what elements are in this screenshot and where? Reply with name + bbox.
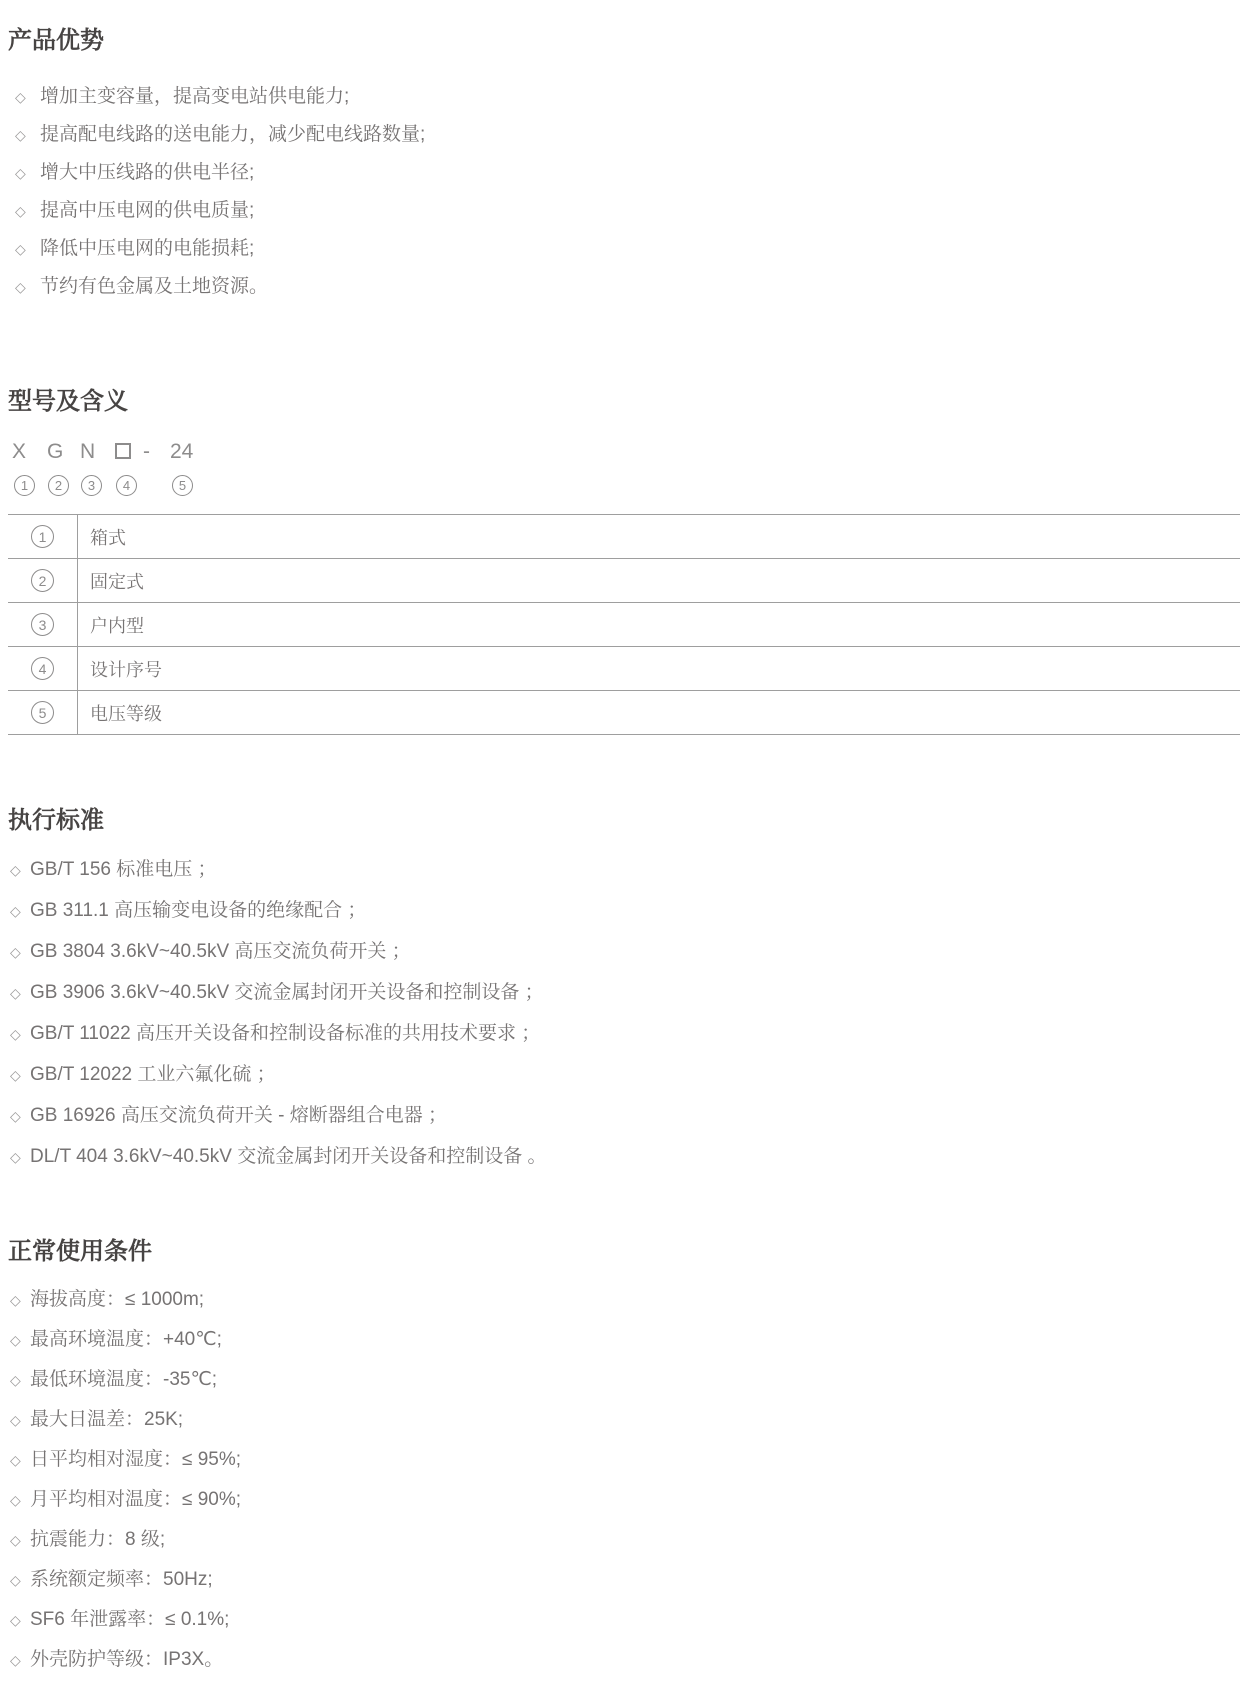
diamond-bullet-icon: ◇ (15, 200, 26, 222)
advantage-item-text: 节约有色金属及土地资源。 (40, 276, 268, 298)
standard-item: ◇ GB 16926 高压交流负荷开关 - 熔断器组合电器 ； (8, 1095, 1240, 1136)
standard-item-text: GB 3804 3.6kV~40.5kV 高压交流负荷开关 ； (30, 941, 411, 963)
model-code-placeholder-box-icon (115, 439, 131, 466)
condition-item-text: 最低环境温度：-35℃; (30, 1369, 217, 1391)
condition-item: ◇ SF6 年泄露率：≤ 0.1%; (8, 1600, 1240, 1640)
standard-item: ◇ GB 311.1 高压输变电设备的绝缘配合 ； (8, 890, 1240, 931)
table-row: 5 电压等级 (8, 691, 1240, 735)
diamond-bullet-icon: ◇ (15, 124, 26, 146)
model-code-row: X G N - 24 (8, 439, 1240, 465)
condition-item: ◇ 系统额定频率：50Hz; (8, 1560, 1240, 1600)
diamond-bullet-icon: ◇ (10, 1146, 21, 1168)
circled-number-icon: 3 (81, 475, 102, 496)
condition-item-text: 外壳防护等级：IP3X。 (30, 1649, 223, 1671)
diamond-bullet-icon: ◇ (10, 859, 21, 881)
condition-item-text: 海拔高度：≤ 1000m; (30, 1289, 204, 1311)
advantage-item: ◇ 增大中压线路的供电半径; (8, 154, 1240, 192)
circled-number-icon: 4 (31, 657, 54, 680)
standard-item: ◇ GB 3804 3.6kV~40.5kV 高压交流负荷开关 ； (8, 931, 1240, 972)
condition-item: ◇ 月平均相对温度：≤ 90%; (8, 1480, 1240, 1520)
condition-item-text: 最大日温差：25K; (30, 1409, 183, 1431)
table-cell-number: 3 (8, 603, 78, 646)
advantages-list: ◇ 增加主变容量，提高变电站供电能力; ◇ 提高配电线路的送电能力，减少配电线路… (8, 78, 1240, 306)
condition-item: ◇ 最高环境温度：+40℃; (8, 1320, 1240, 1360)
diamond-bullet-icon: ◇ (10, 900, 21, 922)
table-cell-number: 5 (8, 691, 78, 734)
conditions-list: ◇ 海拔高度：≤ 1000m; ◇ 最高环境温度：+40℃; ◇ 最低环境温度：… (8, 1280, 1240, 1680)
advantage-item-text: 增加主变容量，提高变电站供电能力; (40, 86, 349, 108)
condition-item-text: SF6 年泄露率：≤ 0.1%; (30, 1609, 229, 1631)
model-marker-row: 1 2 3 4 5 (8, 475, 1240, 499)
condition-item-text: 最高环境温度：+40℃; (30, 1329, 222, 1351)
advantage-item-text: 降低中压电网的电能损耗; (40, 238, 254, 260)
model-code-letter: N (80, 439, 95, 465)
condition-item: ◇ 日平均相对湿度：≤ 95%; (8, 1440, 1240, 1480)
advantage-item: ◇ 降低中压电网的电能损耗; (8, 230, 1240, 268)
advantage-item: ◇ 增加主变容量，提高变电站供电能力; (8, 78, 1240, 116)
standard-item-text: GB 311.1 高压输变电设备的绝缘配合 ； (30, 900, 366, 922)
circled-number-icon: 4 (116, 475, 137, 496)
standard-item-text: GB 3906 3.6kV~40.5kV 交流金属封闭开关设备和控制设备 ； (30, 982, 544, 1004)
section-title-model: 型号及含义 (8, 387, 1240, 417)
diamond-bullet-icon: ◇ (15, 238, 26, 260)
condition-item: ◇ 最低环境温度：-35℃; (8, 1360, 1240, 1400)
model-code-dash: - (143, 439, 150, 465)
diamond-bullet-icon: ◇ (10, 1609, 21, 1631)
table-cell-number: 4 (8, 647, 78, 690)
diamond-bullet-icon: ◇ (10, 1489, 21, 1511)
standards-list: ◇ GB/T 156 标准电压 ； ◇ GB 311.1 高压输变电设备的绝缘配… (8, 849, 1240, 1177)
diamond-bullet-icon: ◇ (10, 1023, 21, 1045)
table-cell-number: 1 (8, 515, 78, 558)
advantage-item-text: 提高配电线路的送电能力，减少配电线路数量; (40, 124, 425, 146)
model-meaning-table: 1 箱式 2 固定式 3 户内型 4 设计序号 5 电压等级 (8, 514, 1240, 735)
diamond-bullet-icon: ◇ (10, 1105, 21, 1127)
table-row: 3 户内型 (8, 603, 1240, 647)
diamond-bullet-icon: ◇ (10, 1369, 21, 1391)
condition-item-text: 月平均相对温度：≤ 90%; (30, 1489, 241, 1511)
standard-item: ◇ GB/T 12022 工业六氟化硫 ； (8, 1054, 1240, 1095)
model-code-number: 24 (170, 439, 193, 465)
diamond-bullet-icon: ◇ (10, 1449, 21, 1471)
standard-item: ◇ DL/T 404 3.6kV~40.5kV 交流金属封闭开关设备和控制设备 … (8, 1136, 1240, 1177)
section-title-advantages: 产品优势 (8, 26, 1240, 56)
diamond-bullet-icon: ◇ (10, 941, 21, 963)
circled-number-icon: 5 (172, 475, 193, 496)
table-cell-desc: 户内型 (78, 603, 144, 646)
advantage-item-text: 增大中压线路的供电半径; (40, 162, 254, 184)
table-row: 4 设计序号 (8, 647, 1240, 691)
diamond-bullet-icon: ◇ (10, 1289, 21, 1311)
standard-item: ◇ GB 3906 3.6kV~40.5kV 交流金属封闭开关设备和控制设备 ； (8, 972, 1240, 1013)
model-code-letter: X (12, 439, 26, 465)
table-row: 2 固定式 (8, 559, 1240, 603)
circled-number-icon: 2 (48, 475, 69, 496)
standard-item-text: GB 16926 高压交流负荷开关 - 熔断器组合电器 ； (30, 1105, 447, 1127)
diamond-bullet-icon: ◇ (10, 1064, 21, 1086)
condition-item-text: 系统额定频率：50Hz; (30, 1569, 213, 1591)
diamond-bullet-icon: ◇ (15, 86, 26, 108)
condition-item-text: 抗震能力：8 级; (30, 1529, 165, 1551)
diamond-bullet-icon: ◇ (15, 162, 26, 184)
standard-item-text: GB/T 12022 工业六氟化硫 ； (30, 1064, 276, 1086)
circled-number-icon: 1 (31, 525, 54, 548)
advantage-item-text: 提高中压电网的供电质量; (40, 200, 254, 222)
section-title-conditions: 正常使用条件 (8, 1237, 1240, 1267)
circled-number-icon: 2 (31, 569, 54, 592)
circled-number-icon: 3 (31, 613, 54, 636)
diamond-bullet-icon: ◇ (10, 1569, 21, 1591)
table-cell-desc: 固定式 (78, 559, 144, 602)
condition-item: ◇ 抗震能力：8 级; (8, 1520, 1240, 1560)
standard-item-text: GB/T 156 标准电压 ； (30, 859, 217, 881)
standard-item: ◇ GB/T 11022 高压开关设备和控制设备标准的共用技术要求 ； (8, 1013, 1240, 1054)
advantage-item: ◇ 提高配电线路的送电能力，减少配电线路数量; (8, 116, 1240, 154)
table-row: 1 箱式 (8, 515, 1240, 559)
standard-item-text: DL/T 404 3.6kV~40.5kV 交流金属封闭开关设备和控制设备 。 (30, 1146, 546, 1168)
advantage-item: ◇ 提高中压电网的供电质量; (8, 192, 1240, 230)
diamond-bullet-icon: ◇ (15, 276, 26, 298)
table-cell-number: 2 (8, 559, 78, 602)
table-cell-desc: 箱式 (78, 515, 126, 558)
diamond-bullet-icon: ◇ (10, 1649, 21, 1671)
product-detail-page: 产品优势 ◇ 增加主变容量，提高变电站供电能力; ◇ 提高配电线路的送电能力，减… (0, 26, 1250, 1680)
section-title-standards: 执行标准 (8, 806, 1240, 836)
condition-item: ◇ 最大日温差：25K; (8, 1400, 1240, 1440)
condition-item: ◇ 海拔高度：≤ 1000m; (8, 1280, 1240, 1320)
condition-item-text: 日平均相对湿度：≤ 95%; (30, 1449, 241, 1471)
standard-item-text: GB/T 11022 高压开关设备和控制设备标准的共用技术要求 ； (30, 1023, 540, 1045)
standard-item: ◇ GB/T 156 标准电压 ； (8, 849, 1240, 890)
advantage-item: ◇ 节约有色金属及土地资源。 (8, 268, 1240, 306)
diamond-bullet-icon: ◇ (10, 1409, 21, 1431)
diamond-bullet-icon: ◇ (10, 1529, 21, 1551)
table-cell-desc: 电压等级 (78, 691, 162, 734)
diamond-bullet-icon: ◇ (10, 1329, 21, 1351)
table-cell-desc: 设计序号 (78, 647, 162, 690)
circled-number-icon: 5 (31, 701, 54, 724)
diamond-bullet-icon: ◇ (10, 982, 21, 1004)
model-code-letter: G (47, 439, 63, 465)
condition-item: ◇ 外壳防护等级：IP3X。 (8, 1640, 1240, 1680)
circled-number-icon: 1 (14, 475, 35, 496)
